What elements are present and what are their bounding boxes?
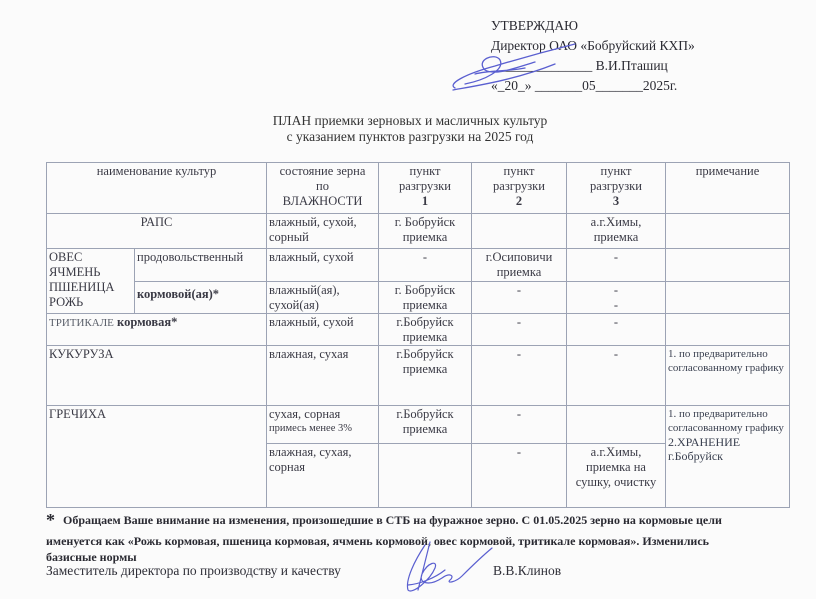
header-note: примечание [666,163,790,214]
title-line-1: ПЛАН приемки зерновых и масличных культу… [200,113,620,129]
p2-triticale: - [472,314,567,346]
header-point-3: пункт разгрузки 3 [567,163,666,214]
p2-buckwheat-b: - [472,444,567,508]
document-title: ПЛАН приемки зерновых и масличных культу… [200,113,620,145]
p2-buckwheat-a: - [472,406,567,444]
state-buckwheat-a: сухая, сорная примесь менее 3% [267,406,379,444]
crop-buckwheat: ГРЕЧИХА [47,406,267,508]
state-raps: влажный, сухой, сорный [267,214,379,249]
p3-buckwheat-b: а.г.Химы, приемка на сушку, очистку [567,444,666,508]
p3-feed: - - [567,282,666,314]
note-triticale [666,314,790,346]
p3-food: - [567,249,666,282]
approval-heading: УТВЕРЖДАЮ [491,16,695,36]
p3-triticale: - [567,314,666,346]
header-state: состояние зерна по ВЛАЖНОСТИ [267,163,379,214]
state-corn: влажная, сухая [267,346,379,406]
p2-food: г.Осиповичи приемка [472,249,567,282]
footer-line-1: *Обращаем Ваше внимание на изменения, пр… [46,512,806,528]
table-row-grains-food: ОВЕС ЯЧМЕНЬ ПШЕНИЦА РОЖЬ продовольственн… [47,249,790,282]
table-header-row: наименование культур состояние зерна по … [47,163,790,214]
p3-buckwheat-a [567,406,666,444]
crop-raps: РАПС [47,214,267,249]
p2-feed: - [472,282,567,314]
p2-corn: - [472,346,567,406]
note-food [666,249,790,282]
p3-raps: а.г.Химы, приемка [567,214,666,249]
director-signature-icon [445,40,585,92]
p1-feed: г. Бобруйск приемка [379,282,472,314]
header-point-1: пункт разгрузки 1 [379,163,472,214]
header-crop: наименование культур [47,163,267,214]
deputy-name: В.В.Клинов [493,563,561,579]
p1-corn: г.Бобруйск приемка [379,346,472,406]
table-row-corn: КУКУРУЗА влажная, сухая г.Бобруйск прием… [47,346,790,406]
crop-corn: КУКУРУЗА [47,346,267,406]
note-raps [666,214,790,249]
state-feed: влажный(ая), сухой(ая) [267,282,379,314]
table-row-buckwheat-a: ГРЕЧИХА сухая, сорная примесь менее 3% г… [47,406,790,444]
p3-corn: - [567,346,666,406]
table-row-triticale: ТРИТИКАЛЕ кормовая* влажный, сухой г.Боб… [47,314,790,346]
p1-buckwheat-a: г.Бобруйск приемка [379,406,472,444]
note-corn: 1. по предварительно согласованному граф… [666,346,790,406]
asterisk-icon: * [46,510,55,530]
plan-table: наименование культур состояние зерна по … [46,162,790,508]
table-row-raps: РАПС влажный, сухой, сорный г. Бобруйск … [47,214,790,249]
p1-buckwheat-b [379,444,472,508]
sub-food: продовольственный [135,249,267,282]
deputy-signature-icon [400,540,495,595]
state-triticale: влажный, сухой [267,314,379,346]
p1-food: - [379,249,472,282]
crop-grains: ОВЕС ЯЧМЕНЬ ПШЕНИЦА РОЖЬ [47,249,135,314]
p1-triticale: г.Бобруйск приемка [379,314,472,346]
sub-feed: кормовой(ая)* [135,282,267,314]
deputy-position: Заместитель директора по производству и … [46,563,341,579]
table-row-grains-feed: кормовой(ая)* влажный(ая), сухой(ая) г. … [47,282,790,314]
note-feed [666,282,790,314]
crop-triticale: ТРИТИКАЛЕ кормовая* [47,314,267,346]
state-food: влажный, сухой [267,249,379,282]
p2-raps [472,214,567,249]
note-buckwheat: 1. по предварительно согласованному граф… [666,406,790,508]
state-buckwheat-b: влажная, сухая, сорная [267,444,379,508]
title-line-2: с указанием пунктов разгрузки на 2025 го… [200,129,620,145]
header-point-2: пункт разгрузки 2 [472,163,567,214]
p1-raps: г. Бобруйск приемка [379,214,472,249]
